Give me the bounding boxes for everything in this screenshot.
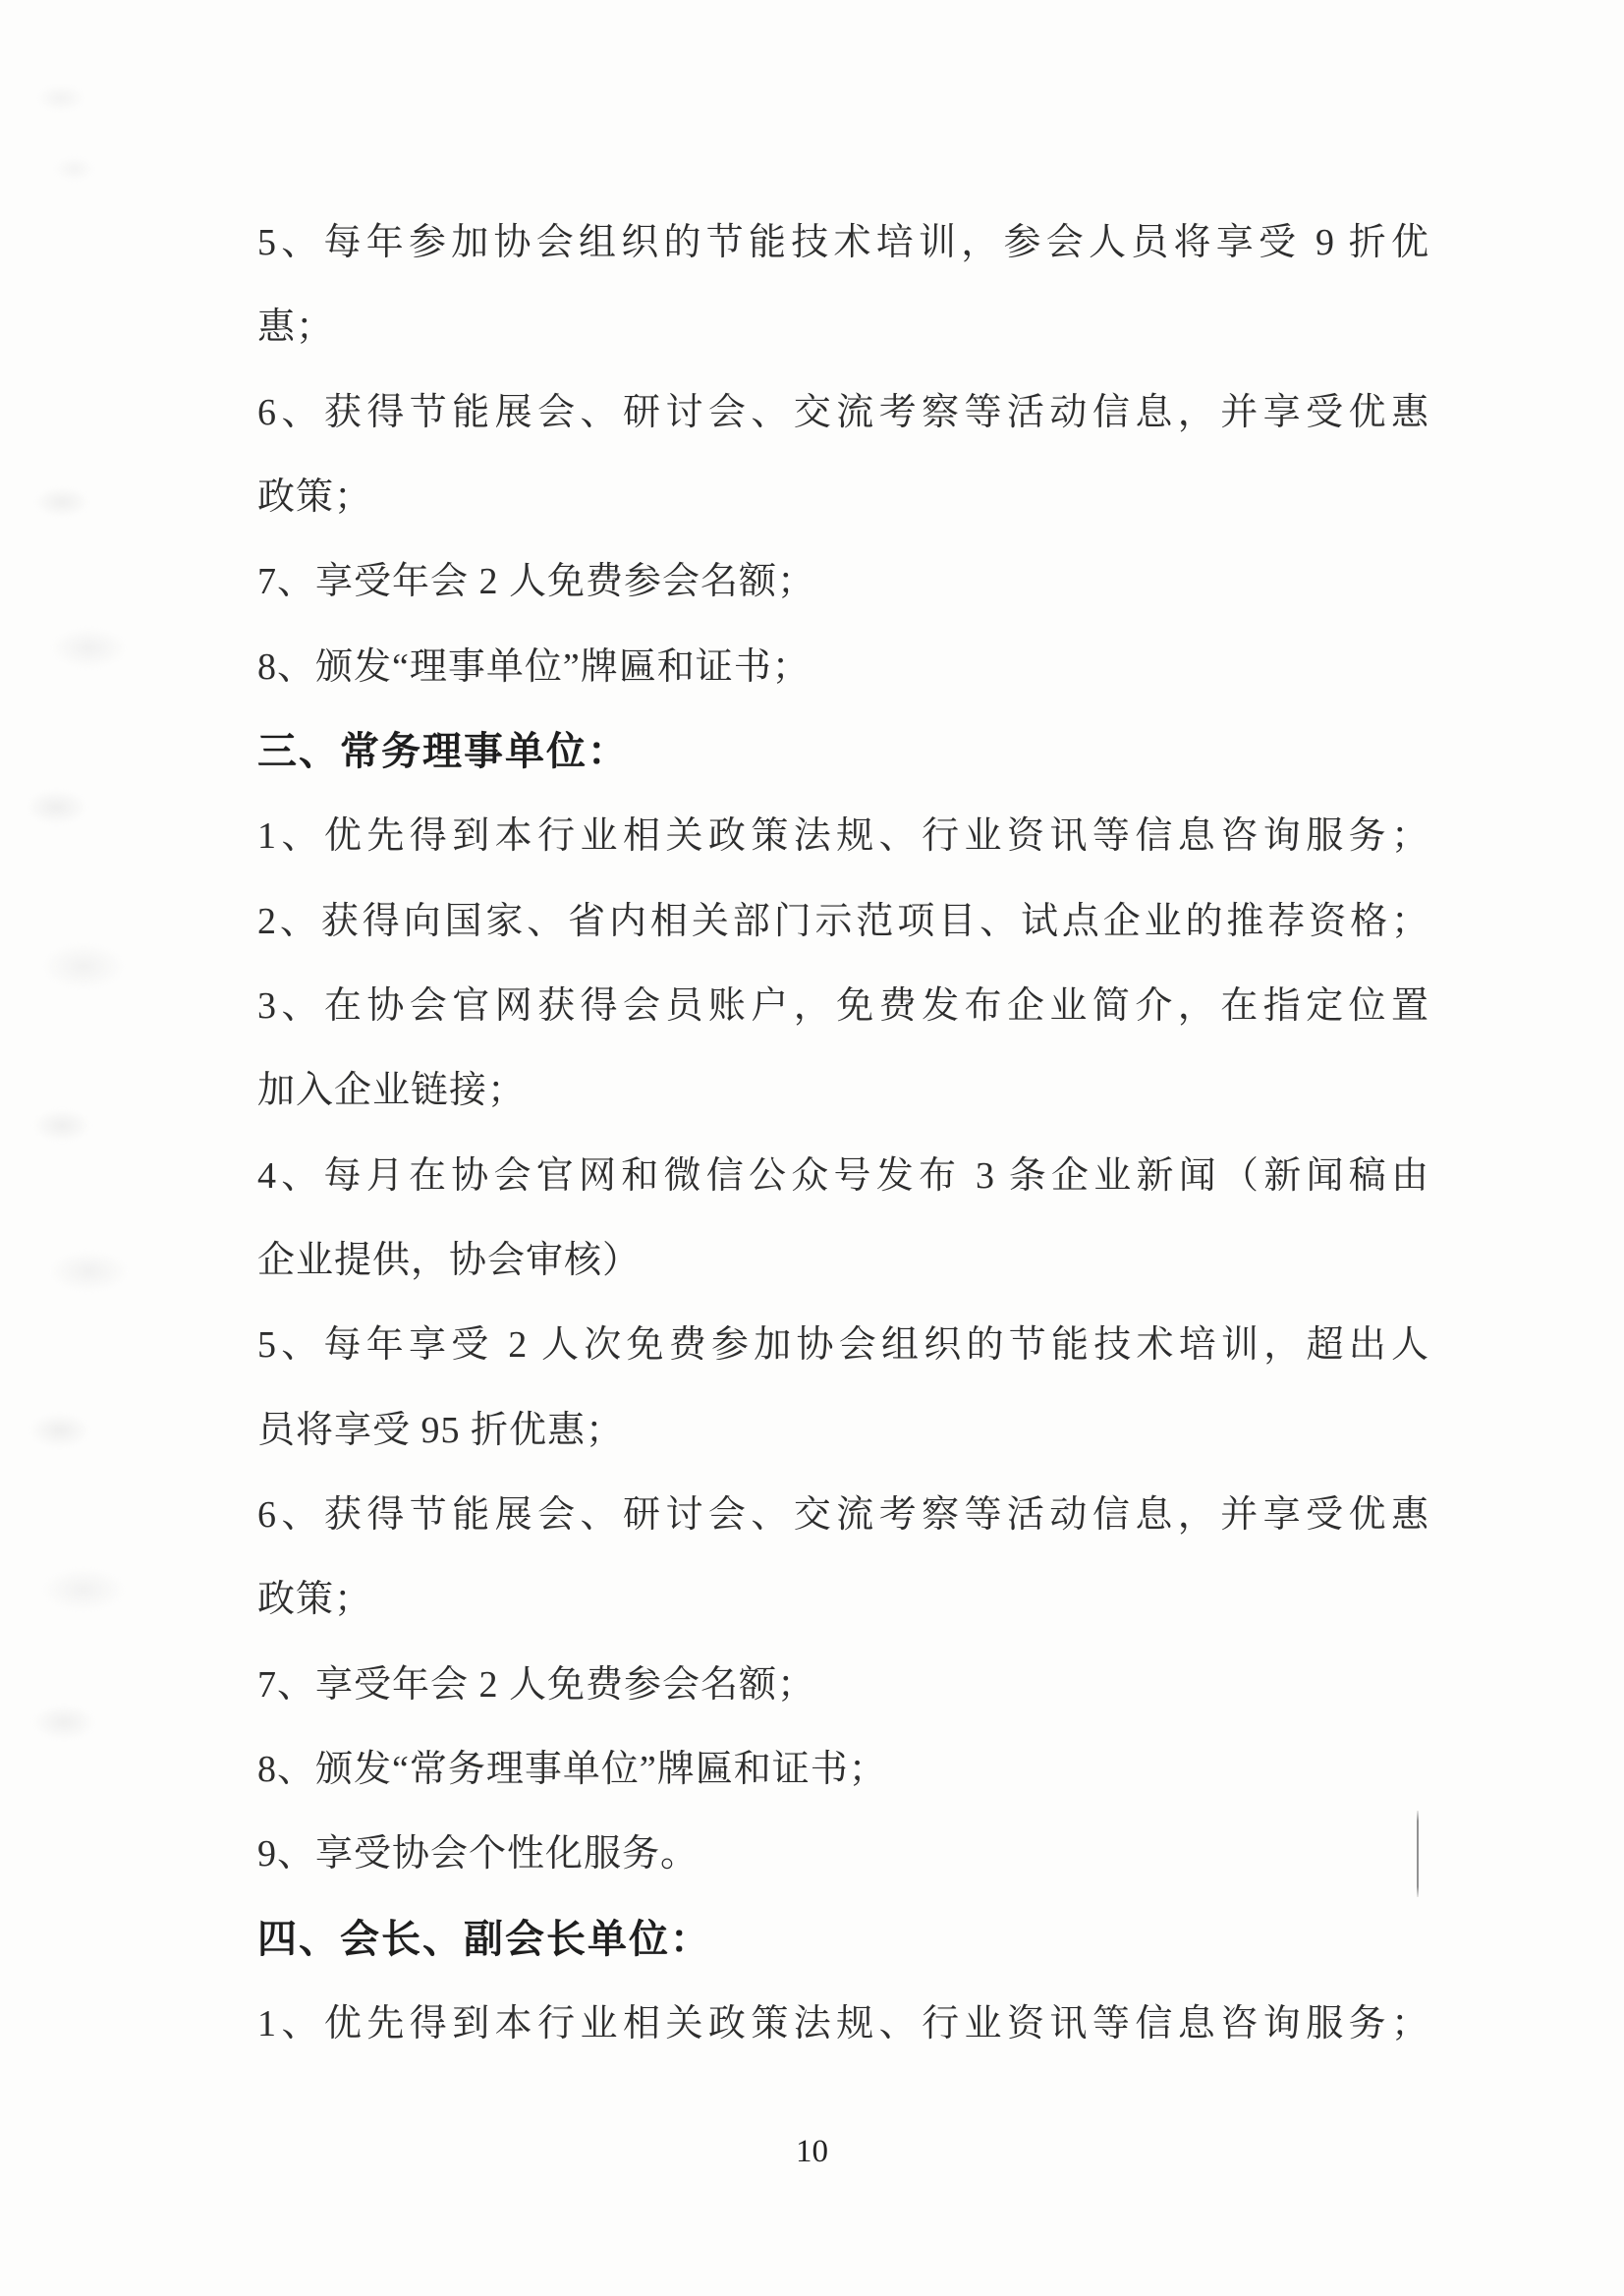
text-line: 6、获得节能展会、研讨会、交流考察等活动信息，并享受优惠 [257, 370, 1428, 455]
text-line: 8、颁发“常务理事单位”牌匾和证书； [257, 1727, 1428, 1812]
section-heading: 四、会长、副会长单位： [257, 1897, 1428, 1982]
document-text-block: 5、每年参加协会组织的节能技术培训，参会人员将享受 9 折优惠；6、获得节能展会… [257, 0, 1428, 2296]
text-line: 1、优先得到本行业相关政策法规、行业资讯等信息咨询服务； [257, 794, 1428, 878]
text-line: 惠； [257, 285, 1428, 369]
text-line: 政策； [257, 1557, 1428, 1642]
text-line: 加入企业链接； [257, 1048, 1428, 1133]
text-line: 5、每年参加协会组织的节能技术培训，参会人员将享受 9 折优 [257, 200, 1428, 285]
text-line: 企业提供，协会审核） [257, 1218, 1428, 1303]
text-line: 8、颁发“理事单位”牌匾和证书； [257, 625, 1428, 709]
text-line: 员将享受 95 折优惠； [257, 1388, 1428, 1473]
scan-noise-top-left [26, 59, 114, 216]
text-line: 1、优先得到本行业相关政策法规、行业资讯等信息咨询服务； [257, 1982, 1428, 2066]
text-line: 6、获得节能展会、研讨会、交流考察等活动信息，并享受优惠 [257, 1473, 1428, 1557]
text-line: 4、每月在协会官网和微信公众号发布 3 条企业新闻（新闻稿由 [257, 1134, 1428, 1218]
section-heading: 三、常务理事单位： [257, 709, 1428, 794]
page-number: 10 [0, 2122, 1624, 2181]
text-line: 3、在协会官网获得会员账户，免费发布企业简介，在指定位置 [257, 964, 1428, 1048]
text-line: 2、获得向国家、省内相关部门示范项目、试点企业的推荐资格； [257, 879, 1428, 964]
text-line: 9、享受协会个性化服务。 [257, 1812, 1428, 1896]
text-line: 7、享受年会 2 人免费参会名额； [257, 1643, 1428, 1727]
text-line: 政策； [257, 455, 1428, 539]
scan-noise-left-margin [29, 422, 138, 1749]
scanned-document-page: 5、每年参加协会组织的节能技术培训，参会人员将享受 9 折优惠；6、获得节能展会… [0, 0, 1624, 2296]
text-line: 5、每年享受 2 人次免费参加协会组织的节能技术培训，超出人 [257, 1303, 1428, 1387]
text-line: 7、享受年会 2 人免费参会名额； [257, 539, 1428, 624]
